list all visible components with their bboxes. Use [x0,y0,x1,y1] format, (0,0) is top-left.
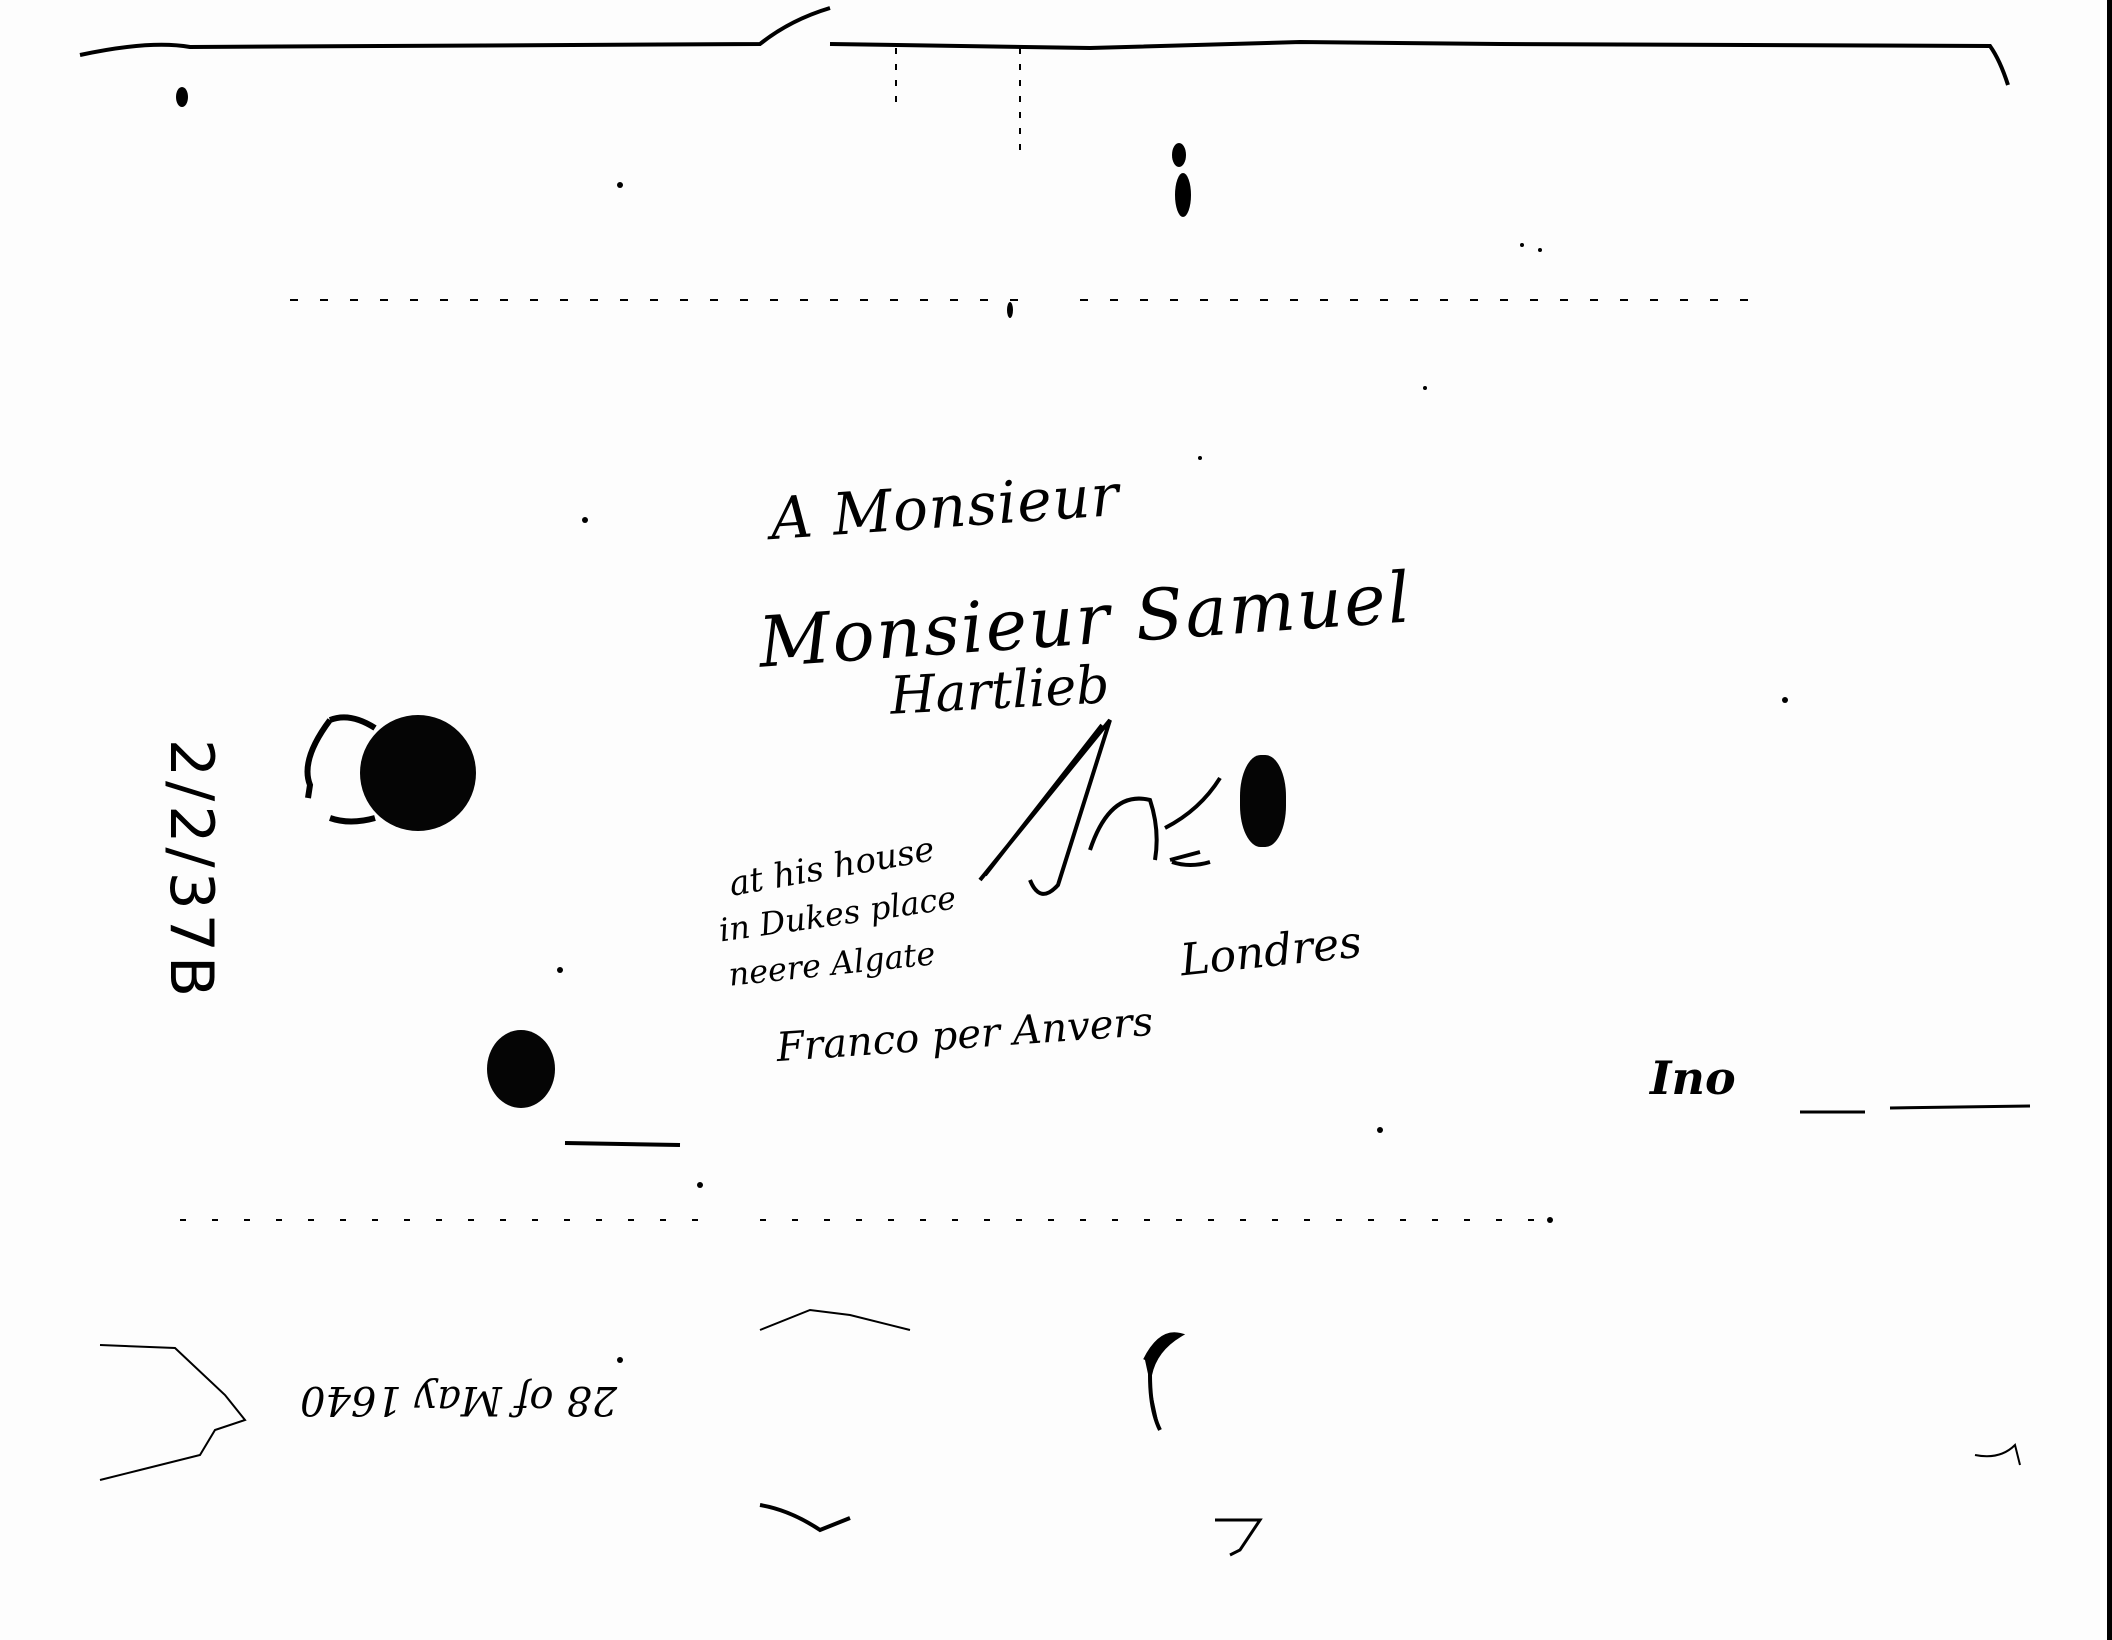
postal-rate-mark: Ino [1650,1055,1736,1101]
archive-reference: 2/2/37B [161,739,221,1001]
wax-seal-large [360,715,476,831]
wax-seal-right [1240,755,1286,847]
document-page: A Monsieur Monsieur Samuel Hartlieb at h… [0,0,2112,1640]
date-docket: 28 of May 1640 [300,1380,617,1420]
paper-top-edge [80,8,2008,85]
address-line-3: Hartlieb [889,659,1111,722]
wax-seal-small [487,1030,555,1108]
scan-edge-bar [2107,0,2112,1640]
